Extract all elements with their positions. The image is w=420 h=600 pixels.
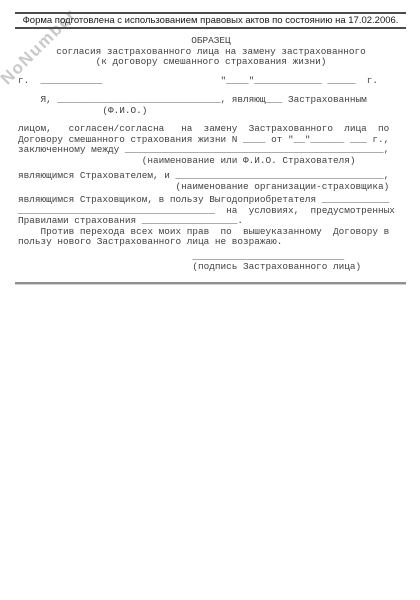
fio-caption: (Ф.И.О.) — [18, 106, 404, 117]
doc-line: лицом, согласен/согласна на замену Застр… — [18, 124, 404, 135]
doc-line: заключенному между _____________________… — [18, 145, 404, 156]
doc-line: пользу нового Застрахованного лица не во… — [18, 237, 404, 248]
doc-line: Правилами страхования _________________. — [18, 216, 404, 227]
doc-line: являющимся Страховщиком, в пользу Выгодо… — [18, 195, 404, 206]
document-page: NoNumber Форма подготовлена с использова… — [0, 0, 420, 600]
policyholder-block: являющимся Страхователем, и ____________… — [18, 171, 404, 192]
city-and-date-line: г. ___________ "____"____________ _____ … — [18, 76, 404, 87]
beneficiary-block: являющимся Страховщиком, в пользу Выгодо… — [18, 195, 404, 248]
doc-line: Я, _____________________________, являющ… — [18, 95, 404, 106]
signature-caption: (подпись Застрахованного лица) — [18, 262, 404, 273]
notice-text: Форма подготовлена с использованием прав… — [15, 14, 406, 27]
doc-line: являющимся Страхователем, и ____________… — [18, 171, 404, 182]
bottom-divider — [15, 282, 406, 285]
doc-subtitle-2: (к договору смешанного страхования жизни… — [18, 57, 404, 68]
insurer-name-caption: (наименование или Ф.И.О. Страхователя) — [18, 156, 404, 167]
doc-line: г. ___________ "____"____________ _____ … — [18, 76, 404, 87]
notice-banner: Форма подготовлена с использованием прав… — [15, 12, 406, 29]
signature-block: ___________________________ (подпись Зас… — [18, 252, 404, 273]
document-title-block: ОБРАЗЕЦ согласия застрахованного лица на… — [18, 36, 404, 68]
declarant-block: Я, _____________________________, являющ… — [18, 95, 404, 116]
document-body: ОБРАЗЕЦ согласия застрахованного лица на… — [18, 36, 404, 273]
insurer-org-caption: (наименование организации-страховщика) — [18, 182, 404, 193]
consent-paragraph: лицом, согласен/согласна на замену Застр… — [18, 124, 404, 166]
doc-title: ОБРАЗЕЦ — [18, 36, 404, 47]
